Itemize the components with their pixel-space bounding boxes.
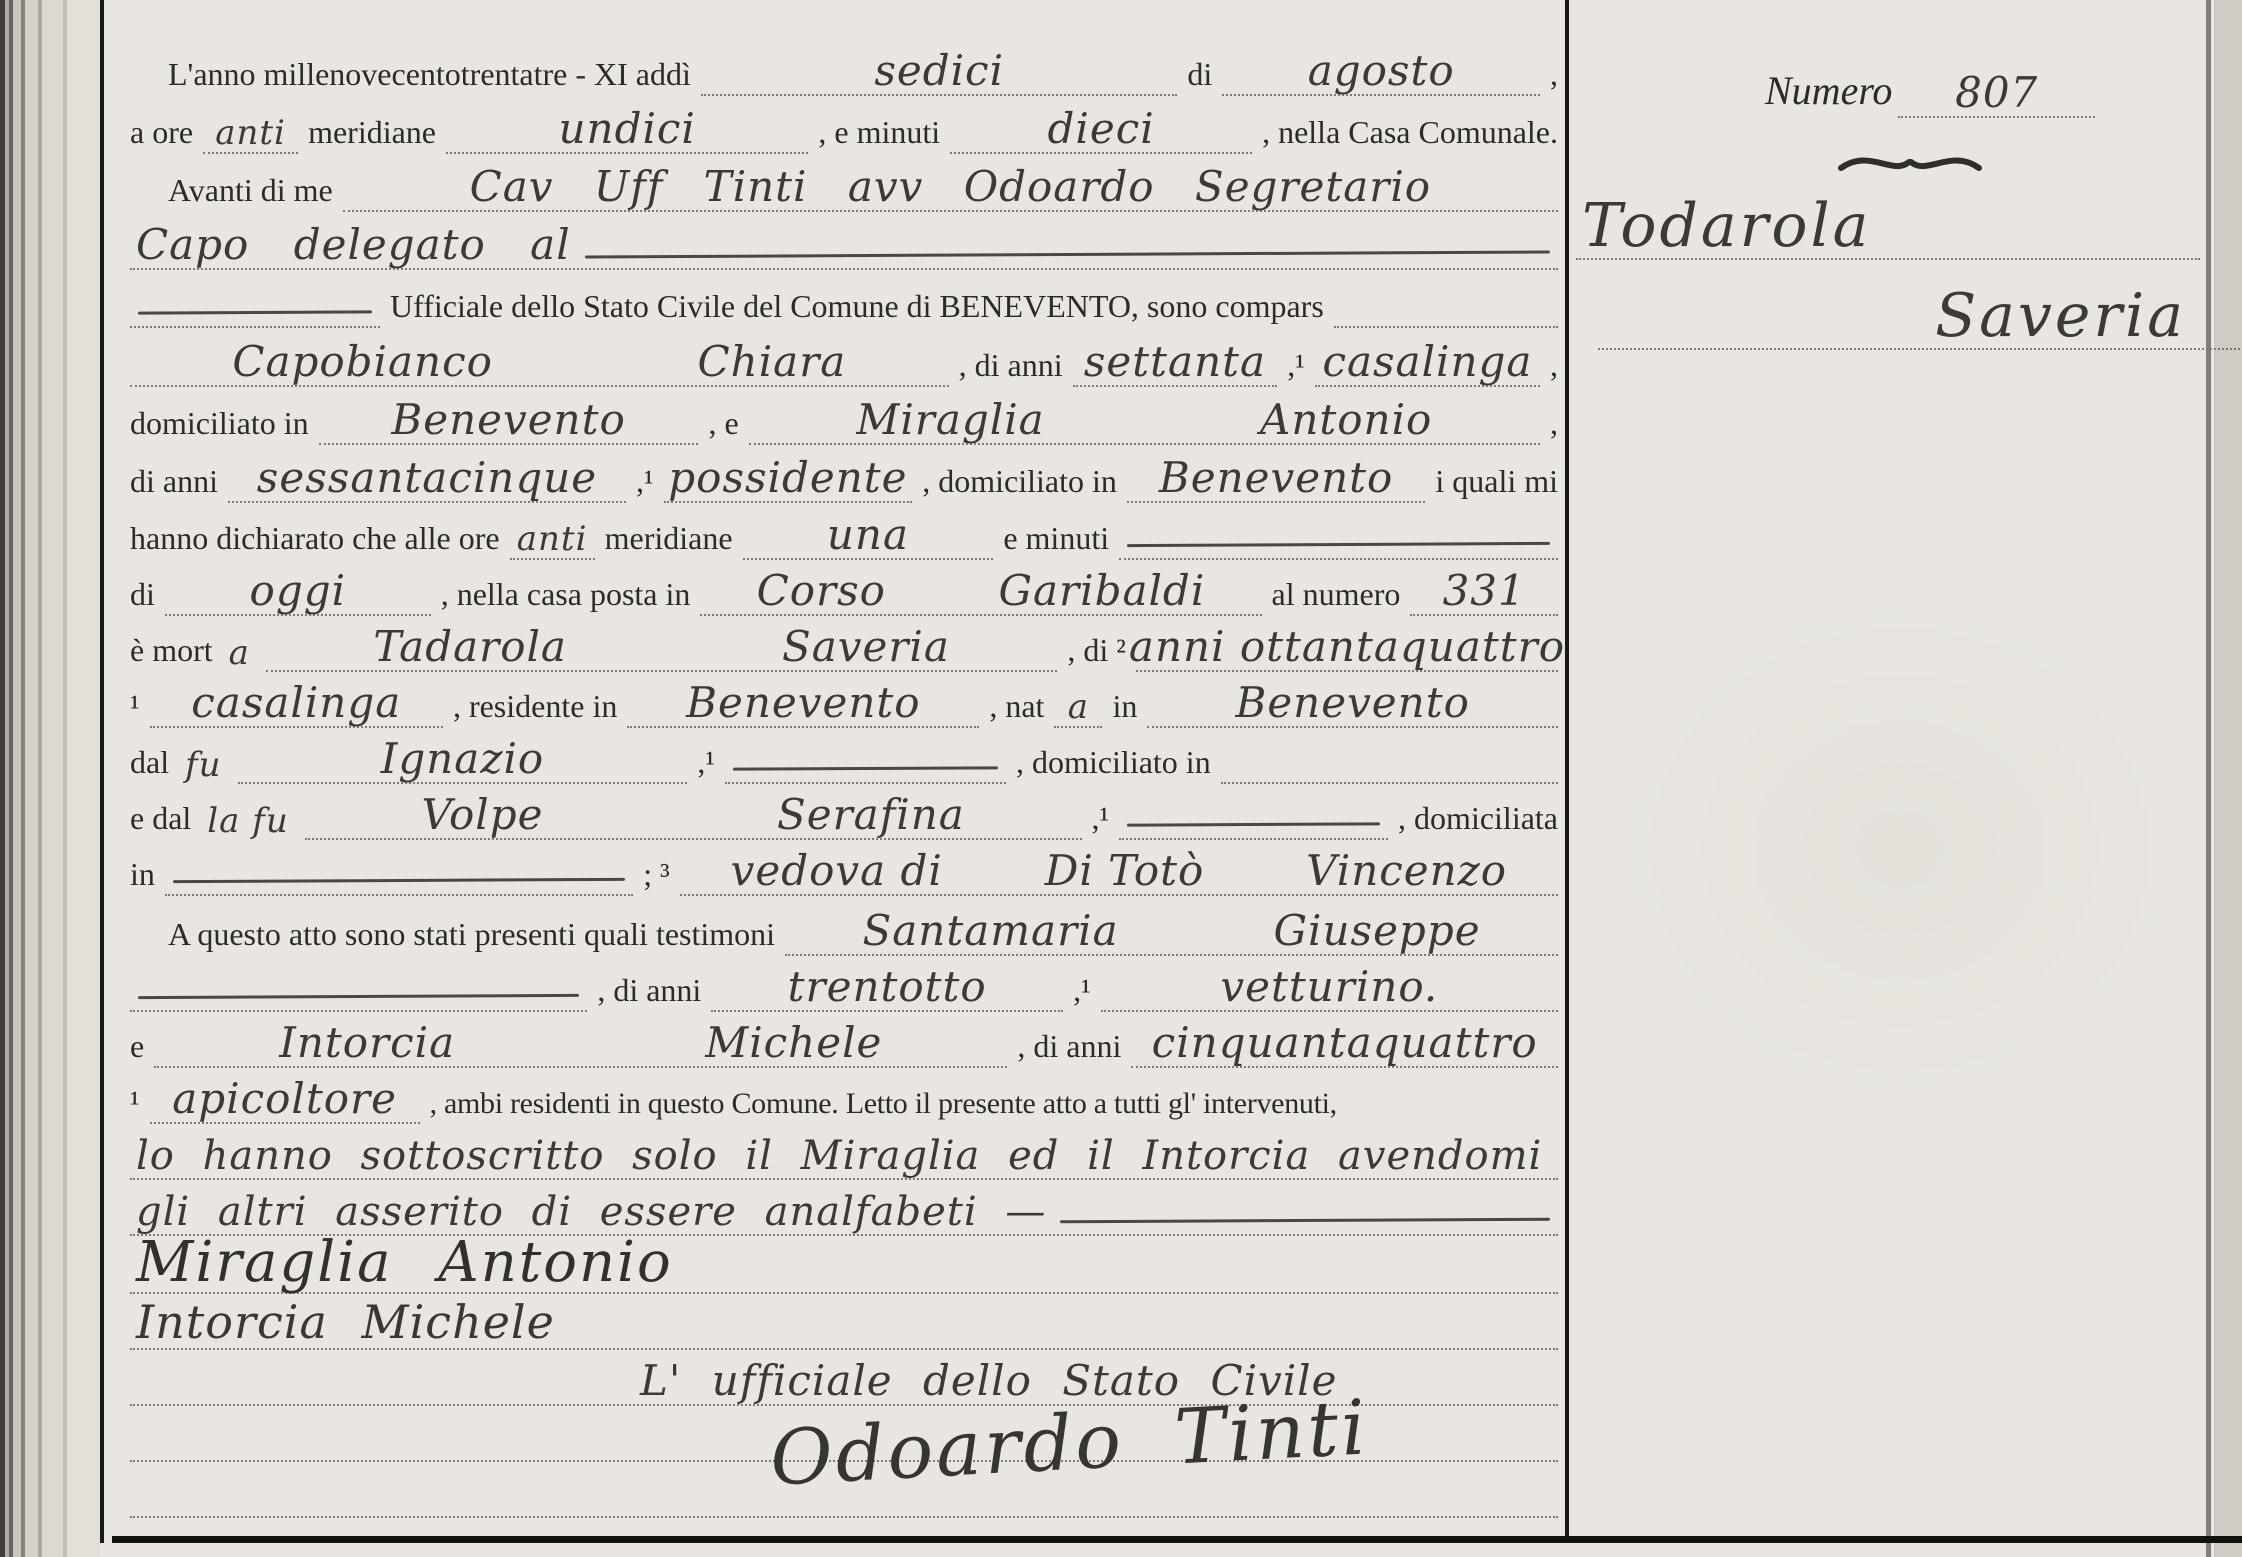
form-line-handwritten-note-2: gli altri asserito di essere analfabeti …: [130, 1178, 1558, 1236]
blank-field: apicoltore: [150, 1079, 420, 1124]
handwritten-deceased-surname: Tadarola: [367, 627, 573, 670]
form-line-closing: ¹ apicoltore , ambi residenti in questo …: [130, 1066, 1558, 1124]
blank-field: Benevento: [1127, 458, 1425, 503]
record-number-value: 807: [1949, 73, 2044, 116]
death-record-page: Numero 807 Todarola Saveria L'anno mille…: [0, 0, 2242, 1557]
printed-text: a ore: [130, 115, 193, 154]
margin-name-line-2: Saveria: [1598, 260, 2242, 350]
handwritten-fu: fu: [179, 749, 227, 784]
handwritten-hour: undici: [552, 109, 701, 152]
right-page-edge-light: [2214, 0, 2242, 1557]
printed-text: , residente in: [453, 689, 617, 728]
form-line-death-place: di oggi , nella casa posta in Corso Gari…: [130, 558, 1558, 616]
printed-text: , di anni: [597, 973, 701, 1012]
form-line-death-time: hanno dichiarato che alle ore anti merid…: [130, 502, 1558, 560]
handwritten-declarant1-age: settanta: [1078, 342, 1272, 385]
blank-field: anti: [510, 523, 595, 560]
record-number-label: Numero: [1765, 67, 1892, 118]
pen-stroke: [173, 878, 625, 883]
witness1-signature: Intorcia Michele: [130, 1301, 561, 1348]
form-line-date: L'anno millenovecentotrentatre - XI addì…: [168, 38, 1558, 96]
blank-field: una: [743, 515, 994, 560]
printed-text: in: [130, 857, 155, 896]
signature-line-2: Intorcia Michele: [130, 1292, 1558, 1350]
handwritten-note-line2: gli altri asserito di essere analfabeti …: [130, 1193, 1052, 1234]
form-line-declarant-2: domiciliato in Benevento , e Miraglia An…: [130, 387, 1558, 445]
handwritten-witness2-occupation: apicoltore: [166, 1079, 403, 1122]
form-line-officer-title: Capo delegato al: [130, 212, 1558, 270]
blank-field: Cav Uff Tinti avv Odoardo Segretario: [343, 167, 1558, 212]
printed-text: , di anni: [959, 348, 1063, 387]
handwritten-gender-suffix: a: [223, 637, 256, 672]
handwritten-spouse-surname: Di Totò: [1039, 851, 1211, 894]
printed-footnote-mark: ¹: [130, 1085, 140, 1124]
handwritten-witness1-occupation: vetturino.: [1214, 967, 1444, 1010]
handwritten-deceased-residence: Benevento: [680, 683, 926, 726]
printed-text: ,¹: [1287, 348, 1305, 387]
printed-text: A questo atto sono stati presenti quali …: [168, 917, 775, 956]
form-line-deceased-details: ¹ casalinga , residente in Benevento , n…: [130, 670, 1558, 728]
handwritten-witness2-surname: Intorcia: [273, 1023, 461, 1066]
pen-stroke: [138, 310, 372, 314]
binding-edge: [0, 0, 100, 1557]
printed-text: e dal: [130, 801, 191, 840]
form-line-witness2: e Intorcia Michele , di anni cinquantaqu…: [130, 1010, 1558, 1068]
handwritten-spouse-name: Vincenzo: [1300, 851, 1513, 894]
pen-stroke: [585, 250, 1550, 258]
blank-field: Intorcia Michele: [130, 1301, 1558, 1350]
form-line-deceased: è mort a Tadarola Saveria , di ² anni ot…: [130, 614, 1558, 672]
handwritten-minutes: dieci: [1042, 109, 1161, 152]
blank-field: Miraglia Antonio: [749, 400, 1540, 445]
printed-text: dal: [130, 745, 169, 784]
blank-field: Intorcia Michele: [154, 1023, 1007, 1068]
printed-text: hanno dichiarato che alle ore: [130, 521, 500, 560]
printed-text: ; ³: [643, 857, 669, 896]
form-line-declarant-2b: di anni sessantacinque ,¹ possidente , d…: [130, 445, 1558, 503]
handwritten-witness1-name: Giuseppe: [1267, 911, 1486, 954]
blank-field: Benevento: [627, 683, 979, 728]
blank-field: possidente: [664, 458, 913, 503]
printed-footnote-mark: ¹: [130, 689, 140, 728]
blank-field: casalinga: [150, 683, 443, 728]
blank-field: Tadarola Saveria: [266, 627, 1057, 672]
blank-field: [1334, 326, 1558, 328]
margin-divider-rule: [1565, 0, 1569, 1543]
handwritten-declarant1-occupation: casalinga: [1316, 342, 1538, 385]
pen-stroke: [1060, 1218, 1550, 1224]
printed-text: e: [130, 1029, 144, 1068]
printed-text: , domiciliata: [1398, 801, 1558, 840]
form-line-civil-officer: Ufficiale dello Stato Civile del Comune …: [130, 270, 1558, 328]
handwritten-deceased-age: anni ottantaquattro: [1123, 627, 1571, 670]
handwritten-death-meridian: anti: [511, 523, 594, 558]
pen-stroke-field: [130, 326, 380, 328]
blank-field: Volpe Serafina: [305, 795, 1082, 840]
handwritten-declarant1-domicile: Benevento: [385, 400, 631, 443]
handwritten-witness2-name: Michele: [699, 1023, 888, 1066]
blank-field: Benevento: [319, 400, 699, 445]
printed-text: in: [1112, 689, 1137, 728]
handwritten-declarant2-surname: Miraglia: [850, 400, 1050, 443]
printed-text: , e minuti: [818, 115, 940, 154]
pen-stroke: [1127, 542, 1550, 547]
printed-text: domiciliato in: [130, 406, 309, 445]
blank-field: sedici: [701, 51, 1178, 96]
printed-text: , e: [708, 406, 738, 445]
blank-field: anti: [203, 117, 298, 154]
printed-text: , domiciliato in: [1016, 745, 1211, 784]
blank-field: dieci: [950, 109, 1252, 154]
blank-field: vetturino.: [1101, 967, 1558, 1012]
form-line-witness1-details: , di anni trentotto ,¹ vetturino.: [130, 954, 1558, 1012]
printed-text: Avanti di me: [168, 173, 333, 212]
blank-field: Capo delegato al: [130, 225, 1558, 270]
blank-field: lo hanno sottoscritto solo il Miraglia e…: [130, 1137, 1558, 1180]
blank-field: 331: [1410, 571, 1558, 616]
handwritten-widow-of: vedova di: [725, 851, 949, 894]
handwritten-house-number: 331: [1437, 571, 1532, 614]
blank-field: undici: [446, 109, 808, 154]
blank-field: trentotto: [711, 967, 1063, 1012]
blank-field: agosto: [1222, 51, 1540, 96]
printed-text: è mort: [130, 633, 213, 672]
printed-text: Ufficiale dello Stato Civile del Comune …: [390, 289, 1324, 328]
form-line-marital-status: in ; ³ vedova di Di Totò Vincenzo: [130, 838, 1558, 896]
blank-field: oggi: [165, 571, 431, 616]
pen-stroke: [1127, 822, 1380, 826]
printed-text: di anni: [130, 464, 218, 503]
handwritten-note-line1: lo hanno sottoscritto solo il Miraglia e…: [130, 1137, 1548, 1178]
printed-text: , di ²: [1067, 633, 1125, 672]
printed-text: , ambi residenti in questo Comune. Letto…: [430, 1087, 1337, 1124]
handwritten-witness2-age: cinquantaquattro: [1146, 1023, 1544, 1066]
handwritten-declarant1-surname: Capobianco: [226, 342, 499, 385]
deceased-given-name-margin: Saveria: [1929, 288, 2192, 348]
blank-field: Santamaria Giuseppe: [785, 911, 1558, 956]
printed-text: ,¹: [1073, 973, 1091, 1012]
blank-field: Benevento: [1147, 683, 1558, 728]
handwritten-meridian: anti: [209, 117, 292, 152]
handwritten-officer-name: Cav Uff Tinti avv Odoardo Segretario: [464, 167, 1438, 210]
blank-field: vedova di Di Totò Vincenzo: [680, 851, 1558, 896]
printed-text: e minuti: [1003, 521, 1109, 560]
form-line-declarant-1: Capobianco Chiara , di anni settanta ,¹ …: [130, 329, 1558, 387]
handwritten-month: agosto: [1302, 51, 1461, 94]
handwritten-street-name: Garibaldi: [992, 571, 1211, 614]
form-line-father: dal fu Ignazio ,¹ , domiciliato in: [130, 726, 1558, 784]
handwritten-death-hour: una: [821, 515, 915, 558]
signature-line-1: Miraglia Antonio: [130, 1236, 1558, 1294]
printed-text: ,: [1550, 406, 1558, 445]
blank-field: settanta: [1073, 342, 1278, 387]
printed-text: ,¹: [697, 745, 715, 784]
record-number-field: 807: [1898, 73, 2095, 118]
blank-field: cinquantaquattro: [1131, 1023, 1558, 1068]
handwritten-witness1-surname: Santamaria: [856, 911, 1124, 954]
blank-field: a: [1054, 691, 1102, 728]
pen-stroke: [733, 766, 998, 770]
blank-field: Corso Garibaldi: [700, 571, 1261, 616]
blank-field: anni ottantaquattro: [1136, 627, 1558, 672]
blank-field: [130, 1516, 1558, 1518]
blank-field: Capobianco Chiara: [130, 342, 949, 387]
printed-text: ,¹: [1092, 801, 1110, 840]
handwritten-witness1-age: trentotto: [782, 967, 993, 1010]
blank-field: Miraglia Antonio: [130, 1236, 1558, 1294]
bottom-border-rule: [112, 1536, 2242, 1543]
form-line-mother: e dal la fu Volpe Serafina ,¹ , domicili…: [130, 782, 1558, 840]
form-line-handwritten-note-1: lo hanno sottoscritto solo il Miraglia e…: [130, 1122, 1558, 1180]
handwritten-declarant2-occupation: possidente: [662, 458, 913, 501]
printed-text: di: [1187, 57, 1212, 96]
printed-text: , domiciliato in: [922, 464, 1117, 503]
printed-text: , nella casa posta in: [441, 577, 691, 616]
handwritten-declarant2-age: sessantacinque: [251, 458, 603, 501]
handwritten-declarant1-name: Chiara: [692, 342, 853, 385]
blank-field: Ignazio: [238, 739, 688, 784]
blank-field: sessantacinque: [228, 458, 626, 503]
handwritten-gender-suffix: a: [1062, 691, 1095, 726]
handwritten-declarant2-name: Antonio: [1254, 400, 1438, 443]
paper-stain: [1620, 600, 2180, 1100]
blank-field: casalinga: [1315, 342, 1540, 387]
printed-text: ,¹: [636, 464, 654, 503]
handwritten-la-fu: la fu: [201, 805, 294, 840]
printed-text: ,: [1550, 57, 1558, 96]
right-page-edge: [2206, 0, 2211, 1557]
handwritten-day: sedici: [868, 51, 1010, 94]
printed-text: , nella Casa Comunale.: [1262, 115, 1558, 154]
printed-text: , di anni: [1017, 1029, 1121, 1068]
handwritten-street-type: Corso: [751, 571, 892, 614]
deceased-surname-margin: Todarola: [1576, 198, 1877, 258]
handwritten-deceased-name: Saveria: [776, 627, 956, 670]
margin-name-line-1: Todarola: [1576, 168, 2200, 260]
handwritten-deceased-occupation: casalinga: [185, 683, 407, 726]
record-number: Numero 807: [1765, 58, 2095, 118]
pen-stroke-field: [165, 894, 633, 896]
printed-text: meridiane: [605, 521, 733, 560]
handwritten-death-day: oggi: [244, 571, 353, 614]
handwritten-officer-role: Capo delegato al: [130, 225, 577, 268]
handwritten-birthplace: Benevento: [1229, 683, 1475, 726]
printed-text: meridiane: [308, 115, 436, 154]
form-line-witnesses: A questo atto sono stati presenti quali …: [168, 898, 1558, 956]
printed-text: L'anno millenovecentotrentatre - XI addì: [168, 57, 691, 96]
pen-stroke: [138, 994, 579, 999]
form-line-officer: Avanti di me Cav Uff Tinti avv Odoardo S…: [168, 154, 1558, 212]
handwritten-mother-surname: Volpe: [416, 795, 550, 838]
printed-text: , nat: [989, 689, 1044, 728]
form-line-time: a ore anti meridiane undici , e minuti d…: [130, 96, 1558, 154]
printed-text: ,: [1550, 348, 1558, 387]
left-border-rule: [100, 0, 104, 1543]
printed-text: al numero: [1272, 577, 1401, 616]
handwritten-father-name: Ignazio: [375, 739, 550, 782]
witness2-signature: Miraglia Antonio: [130, 1236, 679, 1292]
printed-text: i quali mi: [1435, 464, 1558, 503]
handwritten-mother-name: Serafina: [771, 795, 971, 838]
printed-text: di: [130, 577, 155, 616]
handwritten-declarant2-domicile: Benevento: [1153, 458, 1399, 501]
